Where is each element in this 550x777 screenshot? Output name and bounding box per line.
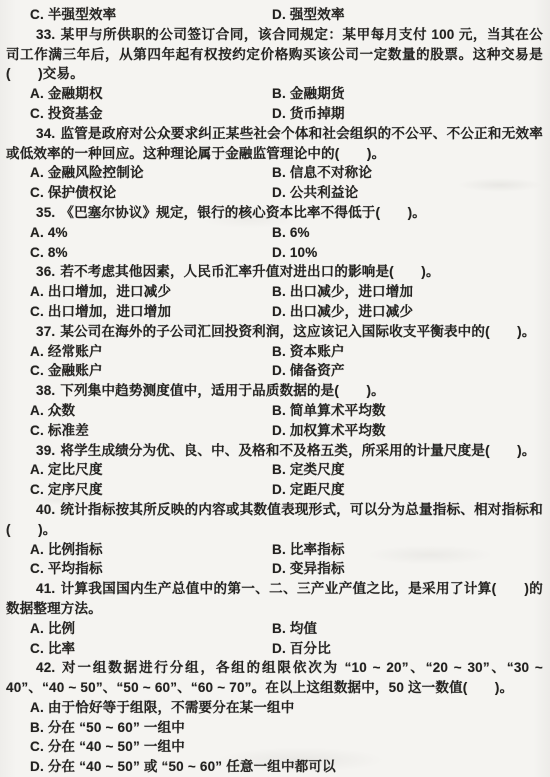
option-c: C. 金融账户: [30, 361, 272, 381]
option-c: C. 标准差: [30, 421, 272, 441]
option-c: C. 比率: [30, 639, 272, 659]
question-number: 33.: [36, 27, 55, 42]
question-35-stem: 35.《巴塞尔协议》规定，银行的核心资本比率不得低于( )。: [6, 203, 543, 223]
question-number: 35.: [36, 205, 55, 220]
question-number: 38.: [36, 383, 55, 398]
question-number: 36.: [36, 264, 55, 279]
question-38-stem: 38.下列集中趋势测度值中，适用于品质数据的是( )。: [6, 381, 543, 401]
option-b: B. 出口减少，进口增加: [272, 282, 543, 302]
option-c: C. 定序尺度: [30, 480, 272, 500]
question-36-stem: 36.若不考虑其他因素，人民币汇率升值对进出口的影响是( )。: [6, 262, 543, 282]
option-d: D. 变异指标: [272, 559, 543, 579]
option-a: A. 比例指标: [30, 540, 272, 560]
option-d: D. 加权算术平均数: [272, 421, 543, 441]
option-d: D. 10%: [272, 243, 543, 263]
option-d: D. 货币掉期: [272, 104, 543, 124]
question-text: 下列集中趋势测度值中，适用于品质数据的是( )。: [60, 383, 385, 398]
option-d: D. 强型效率: [272, 5, 543, 25]
question-number: 40.: [36, 502, 55, 517]
question-number: 42.: [36, 660, 55, 675]
question-42-stem: 42.对一组数据进行分组，各组的组限依次为 “10 ~ 20”、“20 ~ 30…: [6, 658, 543, 698]
option-c: C. 平均指标: [30, 559, 272, 579]
question-text: 监管是政府对公众要求纠正某些社会个体和社会组织的不公平、不公正和无效率或低效率的…: [6, 126, 543, 161]
question-38-options: A. 众数 B. 简单算术平均数 C. 标准差 D. 加权算术平均数: [6, 401, 543, 441]
question-text: 计算我国国内生产总值中的第一、二、三产业产值之比，是采用了计算( )的数据整理方…: [6, 581, 543, 616]
scanned-exam-page: C. 半强型效率 D. 强型效率 33.某甲与所供职的公司签订合同，该合同规定：…: [0, 0, 550, 777]
option-a: A. 金融期权: [30, 84, 272, 104]
question-number: 37.: [36, 324, 55, 339]
question-33-stem: 33.某甲与所供职的公司签订合同，该合同规定：某甲每月支付 100 元，当其在公…: [6, 25, 543, 84]
option-b: B. 6%: [272, 223, 543, 243]
option-d: D. 定距尺度: [272, 480, 543, 500]
option-a: A. 金融风险控制论: [30, 163, 272, 183]
question-41-options: A. 比例 B. 均值 C. 比率 D. 百分比: [6, 619, 543, 659]
question-39-options: A. 定比尺度 B. 定类尺度 C. 定序尺度 D. 定距尺度: [6, 460, 543, 500]
option-a: A. 定比尺度: [30, 460, 272, 480]
option-c: C. 出口增加，进口增加: [30, 302, 272, 322]
question-number: 41.: [36, 581, 55, 596]
question-35-options: A. 4% B. 6% C. 8% D. 10%: [6, 223, 543, 263]
question-33-options: A. 金融期权 B. 金融期货 C. 投资基金 D. 货币掉期: [6, 84, 543, 124]
question-text: 《巴塞尔协议》规定，银行的核心资本比率不得低于( )。: [60, 205, 426, 220]
option-b: B. 资本账户: [272, 342, 543, 362]
option-b: B. 金融期货: [272, 84, 543, 104]
question-41-stem: 41.计算我国国内生产总值中的第一、二、三产业产值之比，是采用了计算( )的数据…: [6, 579, 543, 619]
option-d: D. 公共利益论: [272, 183, 543, 203]
question-36-options: A. 出口增加，进口减少 B. 出口减少，进口增加 C. 出口增加，进口增加 D…: [6, 282, 543, 322]
option-a: A. 经常账户: [30, 342, 272, 362]
option-d: D. 储备资产: [272, 361, 543, 381]
option-b: B. 简单算术平均数: [272, 401, 543, 421]
option-c: C. 分在 “40 ~ 50” 一组中: [30, 737, 543, 757]
option-a: A. 由于恰好等于组限，不需要分在某一组中: [30, 698, 543, 718]
question-text: 对一组数据进行分组，各组的组限依次为 “10 ~ 20”、“20 ~ 30”、“…: [6, 660, 543, 695]
question-text: 若不考虑其他因素，人民币汇率升值对进出口的影响是( )。: [60, 264, 439, 279]
option-b: B. 定类尺度: [272, 460, 543, 480]
option-b: B. 比率指标: [272, 540, 543, 560]
question-34-options: A. 金融风险控制论 B. 信息不对称论 C. 保护债权论 D. 公共利益论: [6, 163, 543, 203]
question-39-stem: 39.将学生成绩分为优、良、中、及格和不及格五类，所采用的计量尺度是( )。: [6, 441, 543, 461]
question-37-stem: 37.某公司在海外的子公司汇回投资利润，这应该记入国际收支平衡表中的( )。: [6, 322, 543, 342]
option-b: B. 信息不对称论: [272, 163, 543, 183]
question-32-options-row: C. 半强型效率 D. 强型效率: [6, 5, 543, 25]
question-number: 34.: [36, 126, 55, 141]
question-text: 将学生成绩分为优、良、中、及格和不及格五类，所采用的计量尺度是( )。: [60, 443, 535, 458]
question-number: 39.: [36, 443, 55, 458]
question-37-options: A. 经常账户 B. 资本账户 C. 金融账户 D. 储备资产: [6, 342, 543, 382]
question-40-options: A. 比例指标 B. 比率指标 C. 平均指标 D. 变异指标: [6, 540, 543, 580]
option-a: A. 4%: [30, 223, 272, 243]
question-34-stem: 34.监管是政府对公众要求纠正某些社会个体和社会组织的不公平、不公正和无效率或低…: [6, 124, 543, 164]
question-text: 统计指标按其所反映的内容或其数值表现形式，可以分为总量指标、相对指标和( )。: [6, 502, 543, 537]
question-text: 某公司在海外的子公司汇回投资利润，这应该记入国际收支平衡表中的( )。: [60, 324, 535, 339]
question-42-options: A. 由于恰好等于组限，不需要分在某一组中 B. 分在 “50 ~ 60” 一组…: [6, 698, 543, 777]
option-d: D. 分在 “40 ~ 50” 或 “50 ~ 60” 任意一组中都可以: [30, 757, 543, 777]
option-b: B. 均值: [272, 619, 543, 639]
question-40-stem: 40.统计指标按其所反映的内容或其数值表现形式，可以分为总量指标、相对指标和( …: [6, 500, 543, 540]
option-a: A. 出口增加，进口减少: [30, 282, 272, 302]
option-d: D. 百分比: [272, 639, 543, 659]
option-c: C. 半强型效率: [30, 5, 272, 25]
option-b: B. 分在 “50 ~ 60” 一组中: [30, 718, 543, 738]
option-c: C. 8%: [30, 243, 272, 263]
option-a: A. 众数: [30, 401, 272, 421]
question-text: 某甲与所供职的公司签订合同，该合同规定：某甲每月支付 100 元，当其在公司工作…: [6, 27, 543, 82]
option-c: C. 保护债权论: [30, 183, 272, 203]
option-c: C. 投资基金: [30, 104, 272, 124]
option-a: A. 比例: [30, 619, 272, 639]
option-d: D. 出口减少，进口减少: [272, 302, 543, 322]
